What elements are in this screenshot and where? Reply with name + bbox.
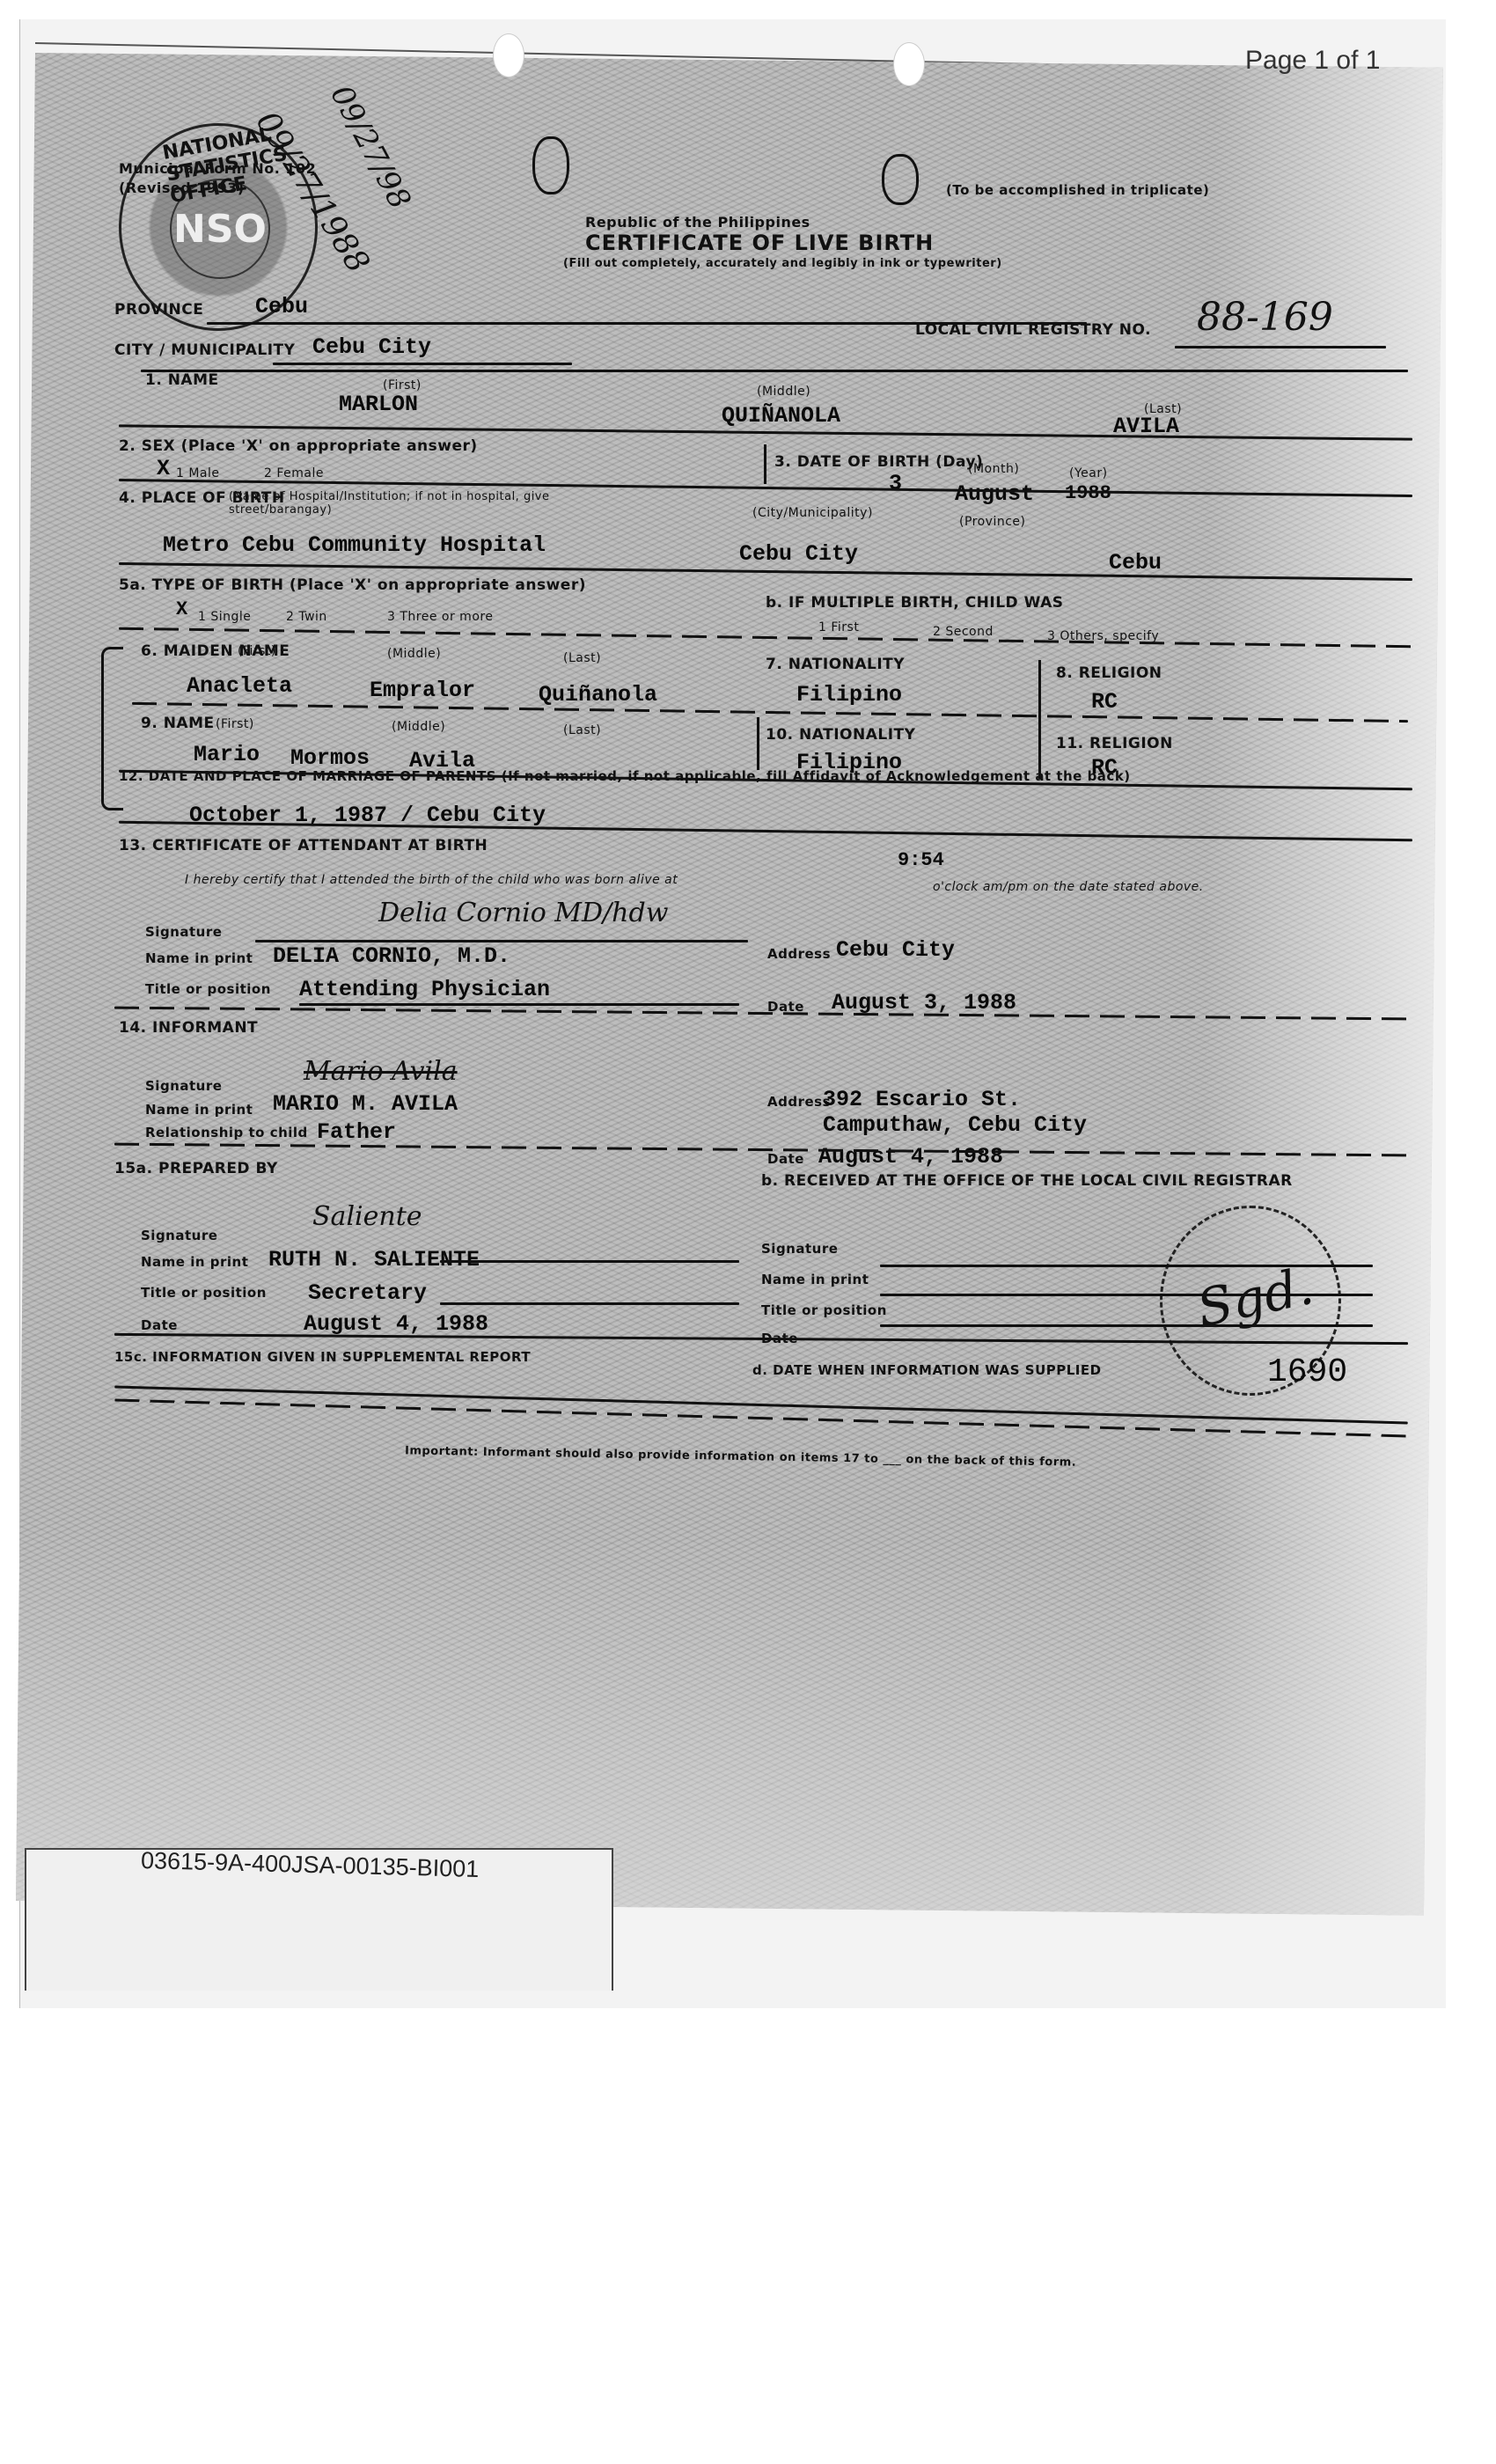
page-indicator: Page 1 of 1 xyxy=(1245,46,1380,76)
attendant-signature: Delia Cornio MD/hdw xyxy=(378,898,668,928)
type-of-birth-mark: X xyxy=(176,598,187,620)
attendant-address-label: Address xyxy=(767,946,831,962)
prepared-date-label: Date xyxy=(141,1317,178,1333)
mother-religion-label: 8. RELIGION xyxy=(1056,664,1162,682)
informant-name: MARIO M. AVILA xyxy=(273,1091,458,1117)
prepared-signature-label: Signature xyxy=(141,1228,217,1243)
attendant-name-label: Name in print xyxy=(145,950,253,966)
father-first-name: Mario xyxy=(194,742,260,767)
attendant-address: Cebu City xyxy=(836,937,955,963)
pob-city-label: (City/Municipality) xyxy=(752,506,873,520)
informant-date-label: Date xyxy=(767,1151,804,1167)
mother-last-name: Quiñanola xyxy=(539,682,657,708)
informant-relationship-label: Relationship to child xyxy=(145,1125,308,1140)
marriage-label: 12. DATE AND PLACE OF MARRIAGE OF PARENT… xyxy=(119,768,1131,784)
signature-line xyxy=(255,940,748,942)
dob-month: August xyxy=(955,481,1034,507)
father-nationality-label: 10. NATIONALITY xyxy=(766,726,915,744)
thumbprint-icon xyxy=(532,136,569,194)
republic-label: Republic of the Philippines xyxy=(585,214,810,231)
informant-name-label: Name in print xyxy=(145,1102,253,1118)
province-label: PROVINCE xyxy=(114,301,203,319)
attendant-statement: I hereby certify that I attended the bir… xyxy=(185,873,678,887)
attendant-title: Attending Physician xyxy=(299,977,550,1002)
certificate-title: CERTIFICATE OF LIVE BIRTH xyxy=(585,231,934,255)
divider xyxy=(880,1294,1373,1296)
punch-hole-icon xyxy=(893,42,925,86)
informant-date: August 4, 1988 xyxy=(818,1144,1003,1170)
divider xyxy=(141,370,1408,372)
thumbprint-icon xyxy=(882,154,919,205)
multiple-first-option[interactable]: 1 First xyxy=(818,620,859,634)
received-name-label: Name in print xyxy=(761,1272,869,1287)
divider xyxy=(764,444,766,484)
divider xyxy=(299,1003,739,1006)
attendant-name: DELIA CORNIO, M.D. xyxy=(273,943,510,969)
mother-middle-name: Empralor xyxy=(370,678,475,703)
mother-last-label: (Last) xyxy=(563,651,601,665)
attendant-signature-label: Signature xyxy=(145,924,222,940)
form-revision: (Revised 1993) xyxy=(119,180,245,196)
mother-nationality-label: 7. NATIONALITY xyxy=(766,656,905,673)
birth-time-suffix: o'clock am/pm on the date stated above. xyxy=(933,880,1204,894)
city-value: Cebu City xyxy=(312,334,431,360)
type-single-option[interactable]: 1 Single xyxy=(198,610,251,624)
pob-hint: (Name of Hospital/Institution; if not in… xyxy=(229,490,554,517)
register-stamp-number: 1690 xyxy=(1267,1353,1347,1391)
prepared-title: Secretary xyxy=(308,1280,427,1306)
prepared-by-label: 15a. PREPARED BY xyxy=(114,1160,278,1177)
sex-mark: X xyxy=(157,456,170,481)
attendant-label: 13. CERTIFICATE OF ATTENDANT AT BIRTH xyxy=(119,837,488,854)
father-first-label: (First) xyxy=(216,717,254,731)
received-signature-label: Signature xyxy=(761,1241,838,1257)
birth-time: 9:54 xyxy=(898,849,944,871)
lcr-number-value: 88-169 xyxy=(1197,295,1333,340)
divider xyxy=(880,1265,1373,1267)
parents-bracket xyxy=(101,647,123,810)
city-label: CITY / MUNICIPALITY xyxy=(114,341,295,359)
prepared-title-label: Title or position xyxy=(141,1285,267,1301)
father-name-label: 9. NAME xyxy=(141,715,215,732)
pob-hospital: Metro Cebu Community Hospital xyxy=(163,532,546,558)
sex-label: 2. SEX (Place 'X' on appropriate answer) xyxy=(119,437,478,455)
father-middle-name: Mormos xyxy=(290,745,370,771)
informant-label: 14. INFORMANT xyxy=(119,1019,258,1037)
child-first-label: (First) xyxy=(383,378,422,392)
divider xyxy=(273,363,572,365)
child-first-name: MARLON xyxy=(339,392,418,417)
prepared-date: August 4, 1988 xyxy=(304,1311,488,1337)
lcr-number-label: LOCAL CIVIL REGISTRY NO. xyxy=(915,321,1151,339)
punch-hole-icon xyxy=(493,33,524,77)
fill-instructions: (Fill out completely, accurately and leg… xyxy=(563,257,1002,270)
mother-first-label: (First) xyxy=(238,644,276,658)
informant-address-line2: Camputhaw, Cebu City xyxy=(823,1112,1087,1138)
pob-city: Cebu City xyxy=(739,541,858,567)
sex-option-male[interactable]: 1 Male xyxy=(176,466,220,480)
type-twin-option[interactable]: 2 Twin xyxy=(286,610,327,624)
province-value: Cebu xyxy=(255,294,308,319)
mother-nationality: Filipino xyxy=(796,682,902,708)
received-title-label: Title or position xyxy=(761,1302,887,1318)
informant-address-label: Address xyxy=(767,1094,831,1110)
father-middle-label: (Middle) xyxy=(392,720,445,734)
received-label: b. RECEIVED AT THE OFFICE OF THE LOCAL C… xyxy=(761,1172,1293,1190)
mother-first-name: Anacleta xyxy=(187,673,292,699)
mother-middle-label: (Middle) xyxy=(387,647,441,661)
dob-label: 3. DATE OF BIRTH (Day) xyxy=(774,453,983,471)
divider xyxy=(757,717,759,770)
divider xyxy=(440,1260,739,1263)
informant-address-line1: 392 Escario St. xyxy=(823,1087,1021,1112)
divider xyxy=(440,1302,739,1305)
pob-province-label: (Province) xyxy=(959,515,1026,529)
pob-province: Cebu xyxy=(1109,550,1162,576)
divider xyxy=(880,1324,1373,1327)
divider xyxy=(1038,660,1041,779)
dob-year-label: (Year) xyxy=(1069,466,1108,480)
prepared-name-label: Name in print xyxy=(141,1254,248,1270)
type-of-birth-label: 5a. TYPE OF BIRTH (Place 'X' on appropri… xyxy=(119,576,586,594)
attendant-title-label: Title or position xyxy=(145,981,271,997)
triplicate-note: (To be accomplished in triplicate) xyxy=(946,182,1209,198)
father-last-label: (Last) xyxy=(563,723,601,737)
dob-month-label: (Month) xyxy=(968,462,1019,476)
informant-relationship: Father xyxy=(317,1119,396,1145)
supplemental-report-label: 15c. INFORMATION GIVEN IN SUPPLEMENTAL R… xyxy=(114,1349,531,1365)
multiple-birth-label: b. IF MULTIPLE BIRTH, CHILD WAS xyxy=(766,594,1063,612)
multiple-second-option[interactable]: 2 Second xyxy=(933,625,994,639)
mother-religion: RC xyxy=(1091,689,1118,715)
sex-option-female[interactable]: 2 Female xyxy=(264,466,324,480)
informant-signature: Mario Avila xyxy=(304,1056,458,1087)
child-middle-label: (Middle) xyxy=(757,385,810,399)
divider xyxy=(1175,346,1386,348)
prepared-signature: Saliente xyxy=(312,1201,422,1232)
father-religion-label: 11. RELIGION xyxy=(1056,735,1173,752)
dob-day: 3 xyxy=(889,471,902,496)
date-information-supplied-label: d. DATE WHEN INFORMATION WAS SUPPLIED xyxy=(752,1362,1102,1378)
attendant-date: August 3, 1988 xyxy=(832,990,1016,1016)
type-three-option[interactable]: 3 Three or more xyxy=(387,610,493,624)
child-middle-name: QUIÑANOLA xyxy=(722,403,840,429)
child-name-label: 1. NAME xyxy=(145,371,219,389)
informant-signature-label: Signature xyxy=(145,1078,222,1094)
